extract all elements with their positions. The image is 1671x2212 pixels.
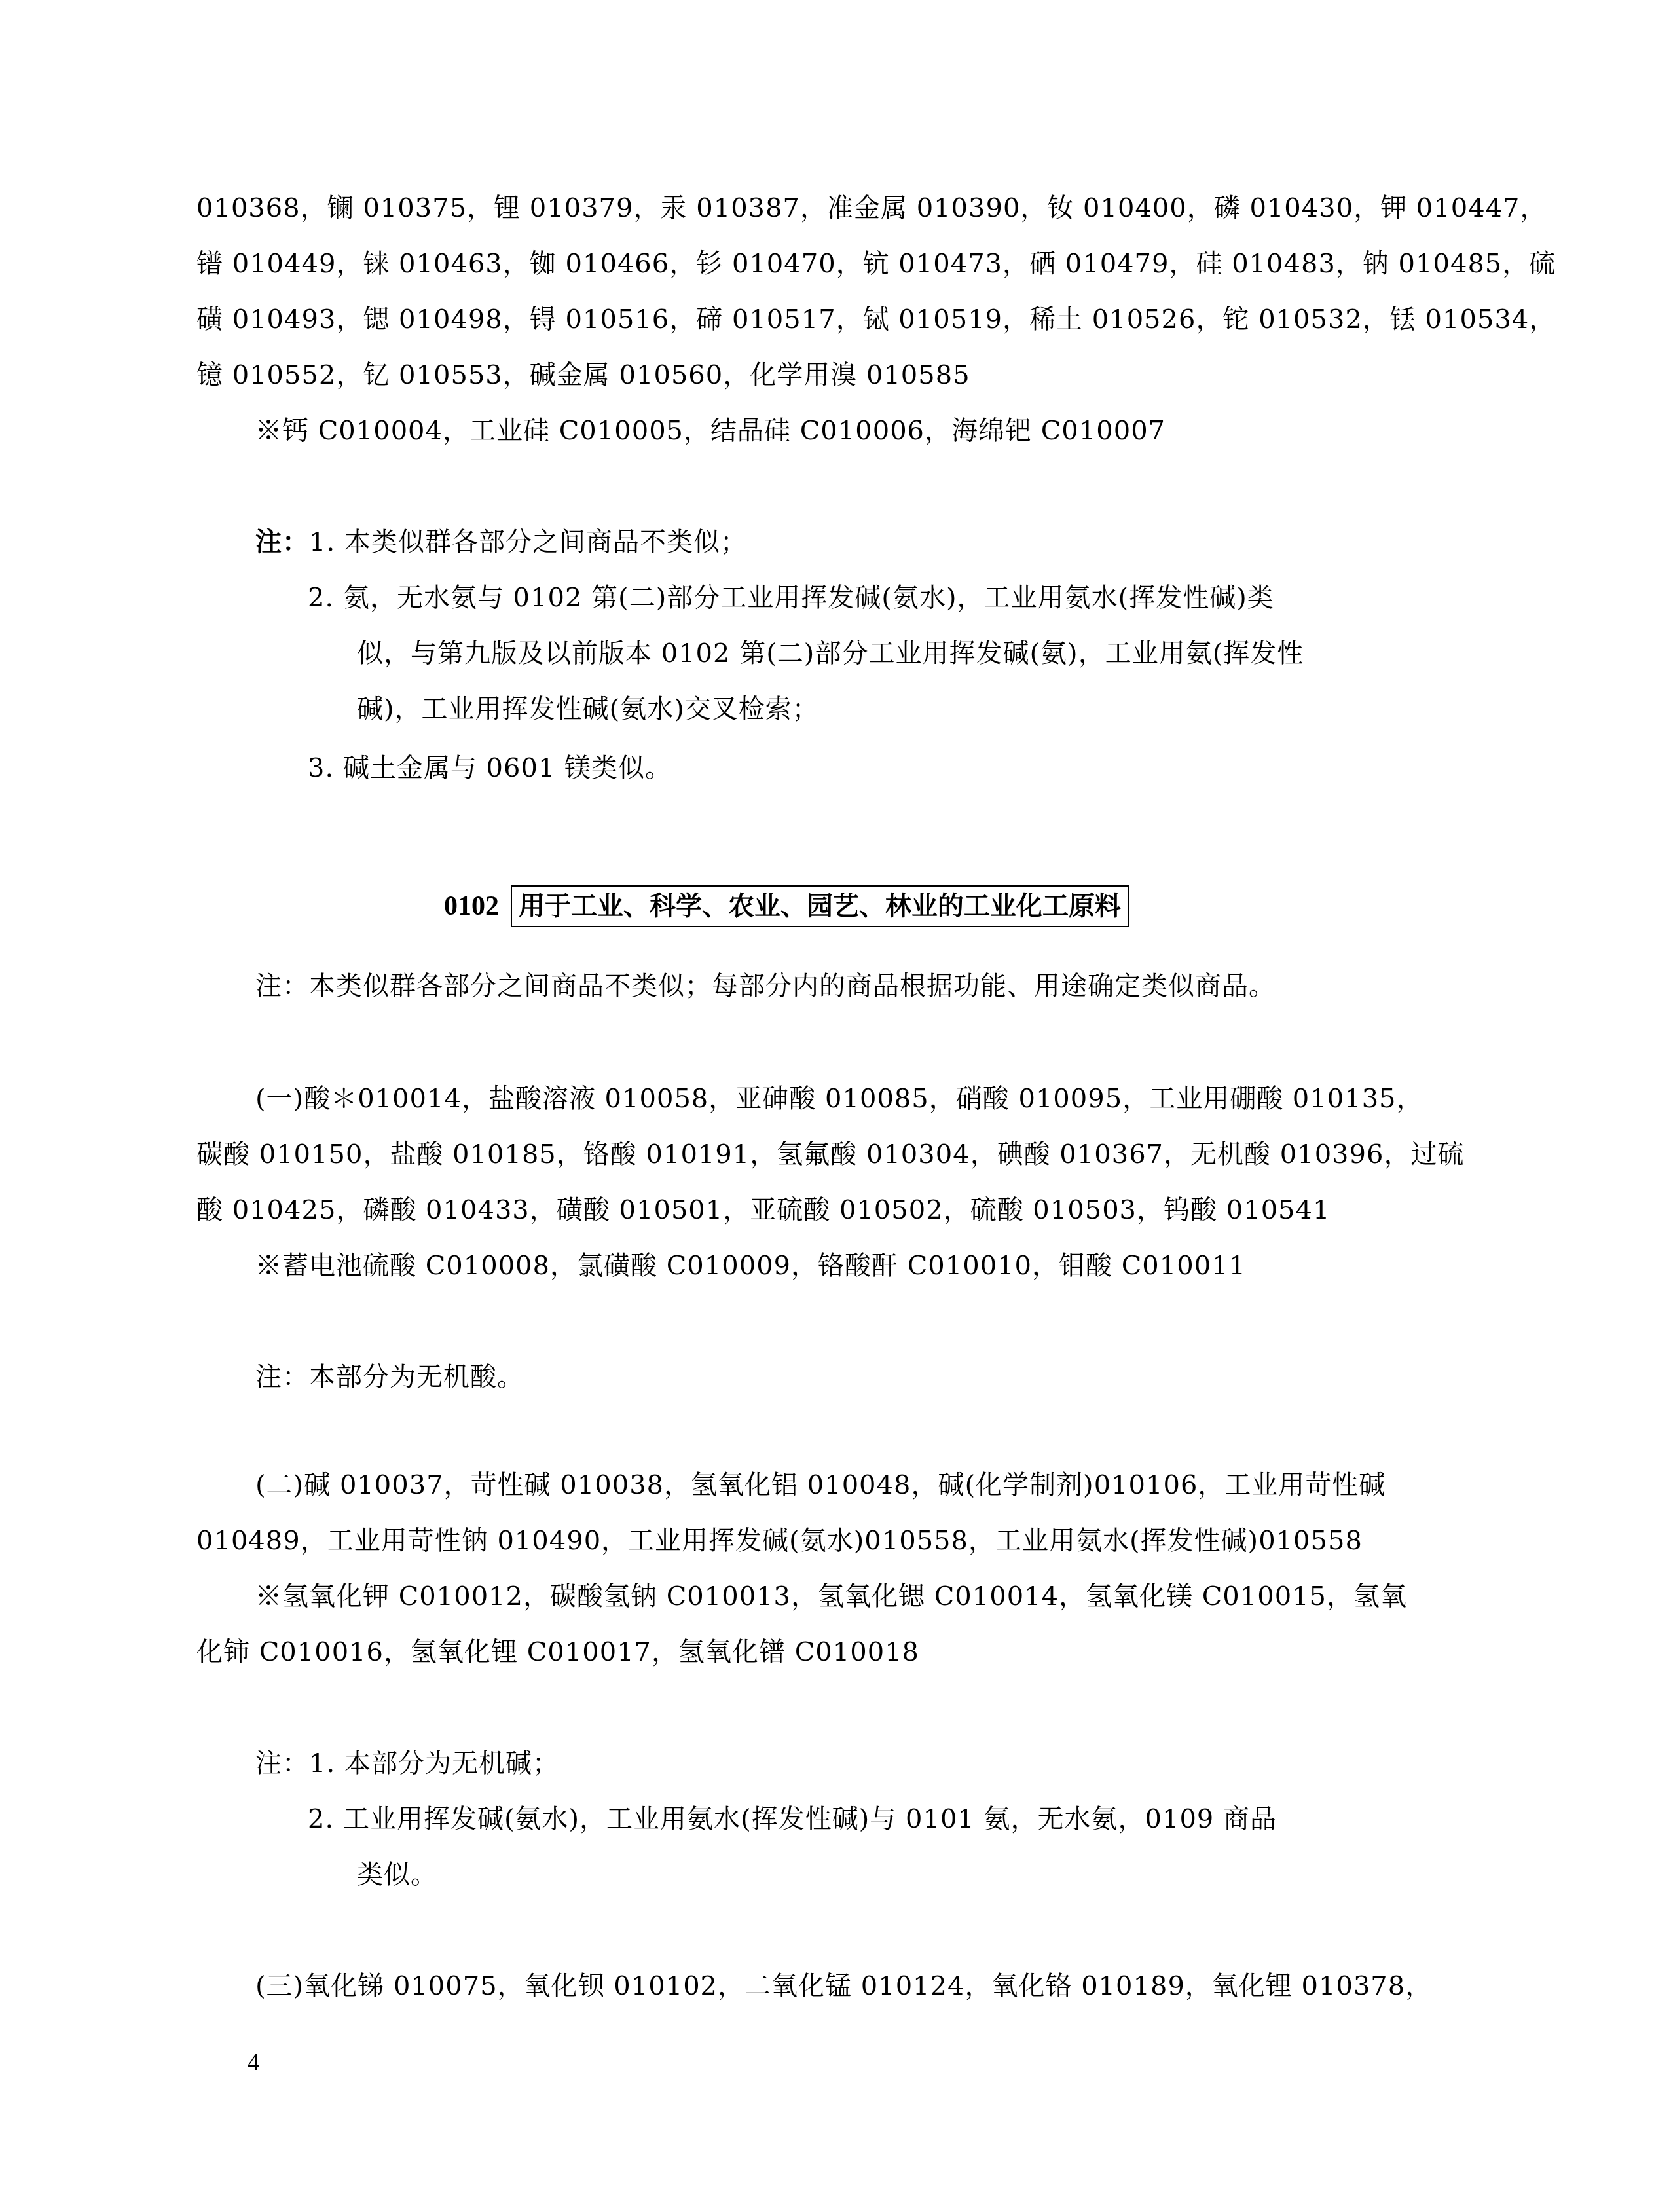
section-code: 0102 — [444, 888, 499, 925]
note-item-continued: 碱)，工业用挥发性碱(氨水)交叉检索； — [357, 691, 1634, 728]
part-3-line: (三)氧化锑 010075，氧化钡 010102，二氧化锰 010124，氧化铬… — [255, 1968, 1532, 2004]
note-line: 注：1. 本类似群各部分之间商品不类似； — [255, 524, 1532, 561]
note-item: 3. 碱土金属与 0601 镁类似。 — [308, 750, 1585, 786]
section-note: 注：本类似群各部分之间商品不类似；每部分内的商品根据功能、用途确定类似商品。 — [255, 968, 1532, 1005]
element-list-line: 010368，镧 010375，锂 010379，汞 010387，准金属 01… — [196, 190, 1473, 227]
element-list-line: 磺 010493，锶 010498，锝 010516，碲 010517，铽 01… — [196, 301, 1473, 338]
part-2-note-continued: 类似。 — [357, 1856, 1634, 1893]
part-1-line: 酸 010425，磷酸 010433，磺酸 010501，亚硫酸 010502，… — [196, 1192, 1473, 1228]
note-item: 1. 本类似群各部分之间商品不类似； — [309, 527, 747, 557]
part-2-c-line: 化铈 C010016，氢氧化锂 C010017，氢氧化镨 C010018 — [196, 1634, 1473, 1670]
element-list-line: 镨 010449，铼 010463，铷 010466，钐 010470，钪 01… — [196, 246, 1473, 282]
part-2-note: 2. 工业用挥发碱(氨水)，工业用氨水(挥发性碱)与 0101 氨，无水氨，01… — [308, 1801, 1585, 1837]
section-title: 用于工业、科学、农业、园艺、林业的工业化工原料 — [511, 885, 1129, 927]
note-item: 2. 氨，无水氨与 0102 第(二)部分工业用挥发碱(氨水)，工业用氨水(挥发… — [308, 580, 1585, 616]
note-item-continued: 似，与第九版及以前版本 0102 第(二)部分工业用挥发碱(氨)，工业用氨(挥发… — [357, 635, 1634, 672]
page-number: 4 — [248, 2048, 259, 2076]
part-2-note: 注：1. 本部分为无机碱； — [255, 1745, 1532, 1782]
document-page: 010368，镧 010375，锂 010379，汞 010387，准金属 01… — [0, 0, 1671, 2212]
part-1-line: (一)酸＊010014，盐酸溶液 010058，亚砷酸 010085，硝酸 01… — [255, 1080, 1532, 1117]
part-2-line: 010489，工业用苛性钠 010490，工业用挥发碱(氨水)010558，工业… — [196, 1522, 1473, 1559]
part-2-c-line: ※氢氧化钾 C010012，碳酸氢钠 C010013，氢氧化锶 C010014，… — [255, 1578, 1532, 1615]
element-list-line: 镱 010552，钇 010553，碱金属 010560，化学用溴 010585 — [196, 357, 1473, 394]
part-1-line: 碳酸 010150，盐酸 010185，铬酸 010191，氢氟酸 010304… — [196, 1136, 1473, 1173]
part-1-note: 注：本部分为无机酸。 — [255, 1359, 1532, 1395]
part-2-line: (二)碱 010037，苛性碱 010038，氢氧化铝 010048，碱(化学制… — [255, 1467, 1532, 1503]
section-heading: 0102 用于工业、科学、农业、园艺、林业的工业化工原料 — [444, 885, 1129, 927]
c-items-line: ※钙 C010004，工业硅 C010005，结晶硅 C010006，海绵钯 C… — [255, 413, 1532, 449]
note-prefix: 注： — [255, 526, 309, 557]
part-1-c-items: ※蓄电池硫酸 C010008，氯磺酸 C010009，铬酸酐 C010010，钼… — [255, 1247, 1532, 1284]
